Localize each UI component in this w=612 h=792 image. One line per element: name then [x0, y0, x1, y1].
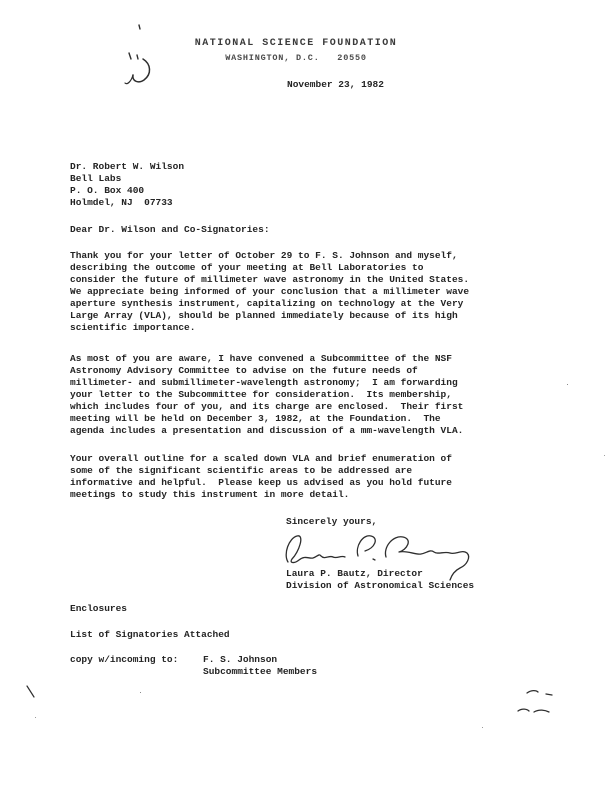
body-paragraph-2: As most of you are aware, I have convene…: [70, 353, 463, 437]
letterhead-address: WASHINGTON, D.C. 20550: [96, 53, 496, 63]
copy-recipients: F. S. Johnson Subcommittee Members: [203, 654, 317, 678]
letter-date: November 23, 1982: [287, 79, 384, 91]
enclosures-note: Enclosures: [70, 603, 127, 615]
scanned-letter-page: NATIONAL SCIENCE FOUNDATION WASHINGTON, …: [0, 0, 612, 792]
scan-noise-dots: [0, 0, 1, 1]
letterhead-organization: NATIONAL SCIENCE FOUNDATION: [96, 38, 496, 49]
attachment-note: List of Signatories Attached: [70, 629, 230, 641]
signer-name: Laura P. Bautz, Director: [286, 568, 423, 580]
body-paragraph-3: Your overall outline for a scaled down V…: [70, 453, 452, 501]
margin-tick-mark: [25, 684, 39, 702]
salutation: Dear Dr. Wilson and Co-Signatories:: [70, 224, 270, 236]
signer-division: Division of Astronomical Sciences: [286, 580, 474, 592]
margin-dash-marks: [505, 684, 569, 720]
body-paragraph-1: Thank you for your letter of October 29 …: [70, 250, 469, 334]
copy-label: copy w/incoming to:: [70, 654, 178, 666]
recipient-address: Dr. Robert W. Wilson Bell Labs P. O. Box…: [70, 161, 184, 209]
